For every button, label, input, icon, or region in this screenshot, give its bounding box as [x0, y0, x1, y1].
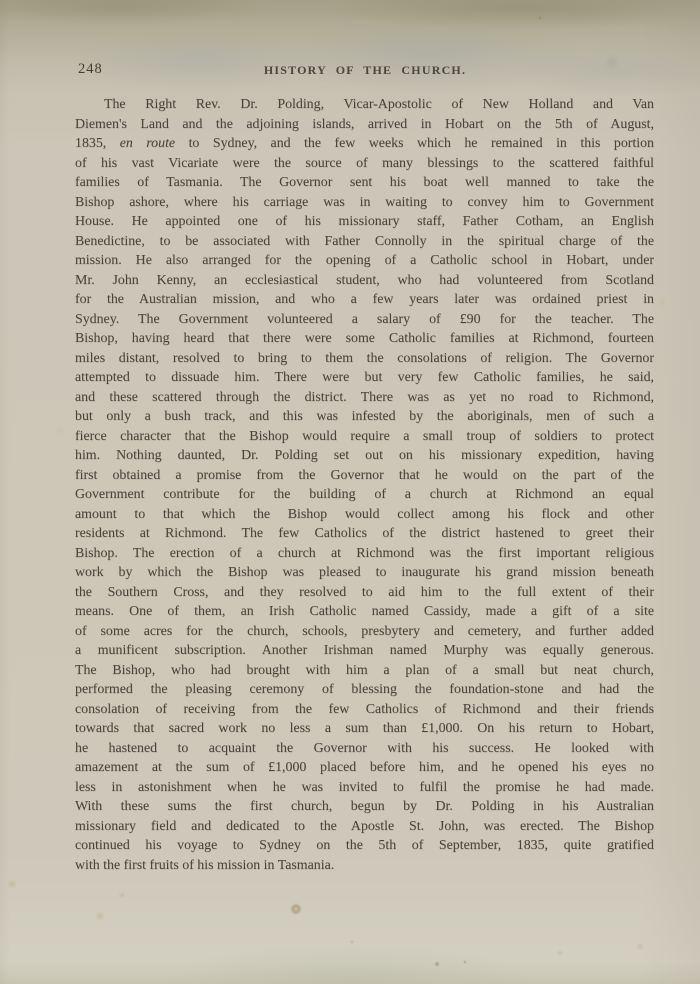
text-segment: families of Tasmania. The Governor sent …: [75, 175, 654, 190]
text-line: towards that sacred work no less a sum t…: [75, 719, 654, 739]
running-title: HISTORY OF THE CHURCH.: [75, 63, 655, 78]
scanned-book-page: 248 HISTORY OF THE CHURCH. The Right Rev…: [0, 0, 700, 984]
text-line: Diemen's Land and the adjoining islands,…: [75, 115, 654, 135]
text-segment: With these sums the first church, begun …: [75, 799, 654, 814]
text-line: Bishop. The erection of a church at Rich…: [75, 544, 654, 564]
text-segment: Bishop. The erection of a church at Rich…: [75, 546, 654, 561]
text-segment: residents at Richmond. The few Catholics…: [75, 526, 654, 541]
text-segment: mission. He also arranged for the openin…: [75, 253, 654, 268]
text-line: for the Australian mission, and who a fe…: [75, 290, 654, 310]
text-line: The Bishop, who had brought with him a p…: [75, 661, 654, 681]
text-segment: a munificent subscription. Another Irish…: [75, 643, 654, 658]
text-line: him. Nothing daunted, Dr. Polding set ou…: [75, 446, 654, 466]
text-line: Bishop ashore, where his carriage was in…: [75, 193, 654, 213]
text-segment: Government contribute for the building o…: [75, 487, 654, 502]
text-segment: work by which the Bishop was pleased to …: [75, 565, 654, 580]
text-segment: Mr. John Kenny, an ecclesiastical studen…: [75, 273, 654, 288]
text-segment: fierce character that the Bishop would r…: [75, 429, 654, 444]
page-body: The Right Rev. Dr. Polding, Vicar-Aposto…: [75, 95, 654, 875]
text-segment: attempted to dissuade him. There were bu…: [75, 370, 654, 385]
text-line: of some acres for the church, schools, p…: [75, 622, 654, 642]
text-line: consolation of receiving from the few Ca…: [75, 700, 654, 720]
text-line: performed the pleasing ceremony of bless…: [75, 680, 654, 700]
text-segment: but only a bush track, and this was infe…: [75, 409, 654, 424]
text-segment: performed the pleasing ceremony of bless…: [75, 682, 654, 697]
text-segment: means. One of them, an Irish Catholic na…: [75, 604, 654, 619]
text-segment: miles distant, resolved to bring to them…: [75, 351, 654, 366]
page-header: 248 HISTORY OF THE CHURCH.: [75, 61, 655, 79]
text-segment: Bishop ashore, where his carriage was in…: [75, 195, 654, 210]
text-segment: less in astonishment when he was invited…: [75, 780, 654, 795]
text-line: first obtained a promise from the Govern…: [75, 466, 654, 486]
text-line: fierce character that the Bishop would r…: [75, 427, 654, 447]
text-line: Benedictine, to be associated with Fathe…: [75, 232, 654, 252]
text-segment: Diemen's Land and the adjoining islands,…: [75, 117, 654, 132]
text-line: work by which the Bishop was pleased to …: [75, 563, 654, 583]
text-segment: amount to that which the Bishop would co…: [75, 507, 654, 522]
text-line: the Southern Cross, and they resolved to…: [75, 583, 654, 603]
text-line: residents at Richmond. The few Catholics…: [75, 524, 654, 544]
text-line: means. One of them, an Irish Catholic na…: [75, 602, 654, 622]
text-segment: him. Nothing daunted, Dr. Polding set ou…: [75, 448, 654, 463]
text-line: attempted to dissuade him. There were bu…: [75, 368, 654, 388]
text-segment: with the first fruits of his mission in …: [75, 858, 334, 873]
text-segment: missionary field and dedicated to the Ap…: [75, 819, 654, 834]
text-line: Bishop, having heard that there were som…: [75, 329, 654, 349]
text-line: a munificent subscription. Another Irish…: [75, 641, 654, 661]
text-line: Government contribute for the building o…: [75, 485, 654, 505]
text-segment: of his vast Vicariate were the source of…: [75, 156, 654, 171]
text-line: House. He appointed one of his missionar…: [75, 212, 654, 232]
text-line: Sydney. The Government volunteered a sal…: [75, 310, 654, 330]
text-line: The Right Rev. Dr. Polding, Vicar-Aposto…: [75, 95, 654, 115]
text-segment: first obtained a promise from the Govern…: [75, 468, 654, 483]
text-segment: for the Australian mission, and who a fe…: [75, 292, 654, 307]
text-segment: towards that sacred work no less a sum t…: [75, 721, 654, 736]
text-line: amount to that which the Bishop would co…: [75, 505, 654, 525]
text-line: of his vast Vicariate were the source of…: [75, 154, 654, 174]
text-line: miles distant, resolved to bring to them…: [75, 349, 654, 369]
text-segment: Bishop, having heard that there were som…: [75, 331, 654, 346]
text-line: but only a bush track, and this was infe…: [75, 407, 654, 427]
text-segment: continued his voyage to Sydney on the 5t…: [75, 838, 654, 853]
text-segment: to Sydney, and the few weeks which he re…: [175, 136, 654, 151]
italic-text: en route: [120, 136, 175, 151]
text-segment: and these scattered through the district…: [75, 390, 654, 405]
text-segment: The Right Rev. Dr. Polding, Vicar-Aposto…: [104, 97, 654, 112]
text-segment: Benedictine, to be associated with Fathe…: [75, 234, 654, 249]
text-line: mission. He also arranged for the openin…: [75, 251, 654, 271]
text-line: 1835, en route to Sydney, and the few we…: [75, 134, 654, 154]
text-segment: House. He appointed one of his missionar…: [75, 214, 654, 229]
text-segment: The Bishop, who had brought with him a p…: [75, 663, 654, 678]
text-line: With these sums the first church, begun …: [75, 797, 654, 817]
text-segment: the Southern Cross, and they resolved to…: [75, 585, 654, 600]
text-line: amazement at the sum of £1,000 placed be…: [75, 758, 654, 778]
text-line: continued his voyage to Sydney on the 5t…: [75, 836, 654, 856]
text-line: he hastened to acquaint the Governor wit…: [75, 739, 654, 759]
text-segment: of some acres for the church, schools, p…: [75, 624, 654, 639]
text-line: families of Tasmania. The Governor sent …: [75, 173, 654, 193]
text-line: Mr. John Kenny, an ecclesiastical studen…: [75, 271, 654, 291]
text-line: missionary field and dedicated to the Ap…: [75, 817, 654, 837]
text-segment: Sydney. The Government volunteered a sal…: [75, 312, 654, 327]
text-segment: consolation of receiving from the few Ca…: [75, 702, 654, 717]
text-segment: amazement at the sum of £1,000 placed be…: [75, 760, 654, 775]
text-line: less in astonishment when he was invited…: [75, 778, 654, 798]
text-line: with the first fruits of his mission in …: [75, 856, 654, 876]
text-line: and these scattered through the district…: [75, 388, 654, 408]
text-segment: 1835,: [75, 136, 120, 151]
text-segment: he hastened to acquaint the Governor wit…: [75, 741, 654, 756]
